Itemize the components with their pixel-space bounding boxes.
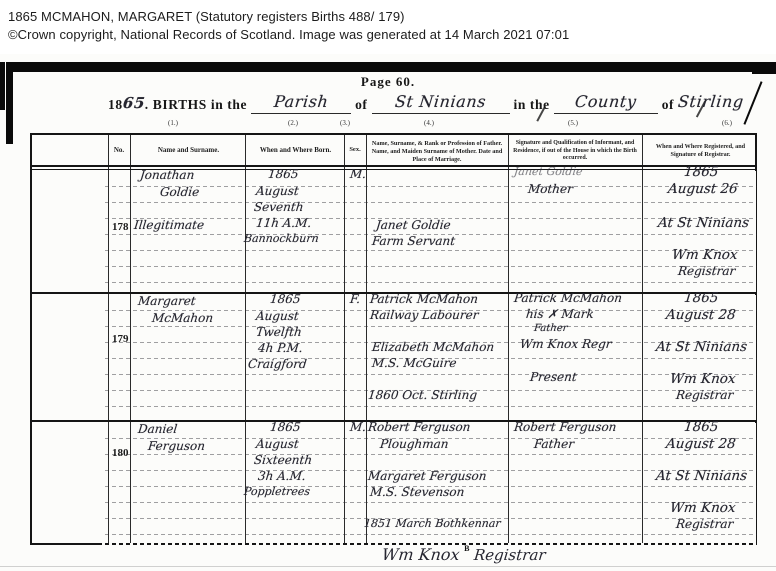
entry-179-father-name: Patrick McMahon — [369, 293, 478, 305]
page-certification: Wm Knox B Registrar — [382, 544, 545, 565]
entry-178-born-month: August — [255, 185, 299, 197]
title-of-1: of — [355, 97, 367, 112]
scan-top-edge-artifact — [8, 62, 770, 72]
entry-180-surname: Ferguson — [147, 440, 205, 452]
title-parish-name-written: St Ninians — [394, 94, 487, 110]
entry-179-informant-relation: Father — [533, 324, 567, 334]
entry-180-informant-relation: Father — [533, 438, 574, 450]
entry-178-registered-date: August 26 — [667, 183, 738, 197]
entry-179-born-day: Twelfth — [255, 326, 302, 338]
catalog-reference-line: 1865 MCMAHON, MARGARET (Statutory regist… — [8, 8, 405, 25]
column-marker-1: (1.) — [168, 119, 178, 127]
entry-180-registrar-title: Registrar — [675, 518, 734, 530]
entry-178-informant-relation: Mother — [527, 183, 573, 195]
column-line-father — [508, 135, 509, 543]
title-of-2: of — [662, 97, 674, 112]
header-born: When and Where Born. — [247, 146, 344, 155]
entry-180-registered-place: At St Ninians — [655, 470, 747, 484]
header-informant: Signature and Qualification of Informant… — [512, 140, 638, 163]
entry-179-informant-his-mark: his ✗ Mark — [525, 308, 594, 320]
entry-178-forename: Jonathan — [139, 169, 195, 181]
entry-179-forename: Margaret — [137, 295, 196, 307]
column-marker-4: (4.) — [424, 119, 434, 127]
title-year-printed: 18 — [108, 97, 123, 112]
header-father-mother: Name, Surname, & Rank or Profession of F… — [370, 140, 504, 163]
entry-179-sex: F. — [349, 293, 361, 305]
column-line-no — [130, 135, 131, 543]
entry-179-marriage-date-place: 1860 Oct. Stirling — [367, 389, 477, 401]
entry-179-born-place: Craigford — [247, 358, 307, 370]
column-marker-5: (5.) — [568, 119, 578, 127]
entry-180-forename: Daniel — [137, 423, 178, 435]
column-line-margin — [108, 135, 109, 543]
entry-179-informant-present-note: Present — [529, 371, 577, 383]
entry-179-surname: McMahon — [151, 312, 213, 324]
header-sex: Sex. — [344, 146, 366, 154]
entry-179-born-year: 1865 — [269, 293, 301, 305]
entry-180-registrar-signature: Wm Knox — [669, 502, 736, 516]
entry-180-registered-date: August 28 — [665, 438, 736, 452]
entry-180-born-year: 1865 — [269, 421, 301, 433]
entry-178-mother-name: Janet Goldie — [375, 219, 451, 231]
register-title-line: 1865. BIRTHS in the Parish of St Ninians… — [108, 96, 744, 114]
column-line-born — [344, 135, 345, 543]
entry-180-sex: M. — [349, 421, 366, 433]
entry-179-mother-maiden-surname: M.S. McGuire — [371, 357, 457, 369]
entry-178-mother-occupation: Farm Servant — [371, 235, 455, 247]
header-no: No. — [108, 146, 130, 155]
scan-bottom-line-artifact — [0, 566, 776, 567]
entry-178-registrar-title: Registrar — [677, 265, 736, 277]
entry-178-illegitimate-note: Illegitimate — [133, 219, 204, 231]
entry-180-marriage-date-place: 1851 March Bothkennar — [363, 518, 501, 529]
title-year-written: 65 — [122, 96, 146, 111]
entry-180-registered-year: 1865 — [683, 421, 719, 435]
entry-178-number: 178 — [112, 221, 129, 233]
entry-178-registrar-signature: Wm Knox — [671, 249, 738, 263]
entry-178-born-time: 11h A.M. — [255, 217, 312, 229]
entry-180-born-month: August — [255, 438, 299, 450]
title-county-written: County — [574, 94, 637, 110]
entry-180-mother-name: Margaret Ferguson — [367, 470, 487, 482]
entry-178-born-place: Bannockburn — [243, 233, 319, 244]
scan-right-corner-artifact — [752, 62, 776, 74]
footnote-b-mark: B — [464, 544, 469, 553]
entry-180-born-place: Poppletrees — [243, 486, 310, 497]
entry-178-born-year: 1865 — [267, 168, 299, 180]
entry-179-number: 179 — [112, 333, 129, 345]
entry-179-informant-name: Patrick McMahon — [513, 292, 622, 304]
entry-178-born-day: Seventh — [253, 201, 304, 213]
crown-copyright-line: ©Crown copyright, National Records of Sc… — [8, 26, 569, 43]
header-name: Name and Surname. — [132, 146, 245, 155]
screenshot-root: { "meta_header": { "line1": "1865 MCMAHO… — [0, 0, 776, 571]
entry-179-father-occupation: Railway Labourer — [369, 309, 479, 321]
entry-179-registrar-title: Registrar — [675, 389, 734, 401]
header-registered: When and Where Registered, and Signature… — [646, 143, 755, 159]
entry-180-father-name: Robert Ferguson — [367, 421, 471, 433]
entry-178-informant-name: Janet Goldie — [513, 166, 583, 177]
register-table: No. Name and Surname. When and Where Bor… — [30, 133, 757, 545]
title-county-name-written: Stirling — [677, 94, 744, 110]
entry-178-registered-place: At St Ninians — [657, 217, 749, 231]
entry-178-registered-year: 1865 — [683, 166, 719, 180]
footer-registrar-signature: Wm Knox — [381, 545, 461, 564]
title-in-the: in the — [513, 97, 549, 112]
entry-179-registered-year: 1865 — [683, 292, 719, 306]
entry-180-father-occupation: Ploughman — [379, 438, 449, 450]
entry-179-mother-name: Elizabeth McMahon — [371, 341, 494, 353]
entry-179-born-time: 4h P.M. — [257, 342, 303, 354]
entry-180-mother-maiden-surname: M.S. Stevenson — [369, 486, 465, 498]
column-marker-6: (6.) — [722, 119, 732, 127]
entry-179-registered-date: August 28 — [665, 309, 736, 323]
column-marker-3: (3.) — [340, 119, 350, 127]
column-line-name — [245, 135, 246, 543]
entry-179-registrar-signature: Wm Knox — [669, 373, 736, 387]
entry-178-sex: M. — [349, 168, 366, 180]
entry-179-registered-place: At St Ninians — [655, 341, 747, 355]
entry-180-informant-name: Robert Ferguson — [513, 421, 617, 433]
title-births-label: . BIRTHS in the — [145, 97, 247, 112]
entry-178-surname: Goldie — [159, 186, 200, 198]
entry-180-born-day: Sixteenth — [253, 454, 312, 466]
column-line-informant — [642, 135, 643, 543]
entry-179-born-month: August — [255, 310, 299, 322]
title-parish-written: Parish — [273, 94, 329, 110]
page-number-label: Page 60. — [0, 74, 776, 90]
column-marker-2: (2.) — [288, 119, 298, 127]
header-separator-line — [32, 165, 755, 167]
entry-179-witness-registrar: Wm Knox Regr — [519, 338, 612, 350]
footer-registrar-title: Registrar — [473, 546, 546, 564]
entry-180-born-time: 3h A.M. — [257, 470, 306, 482]
entry-180-number: 180 — [112, 447, 129, 459]
